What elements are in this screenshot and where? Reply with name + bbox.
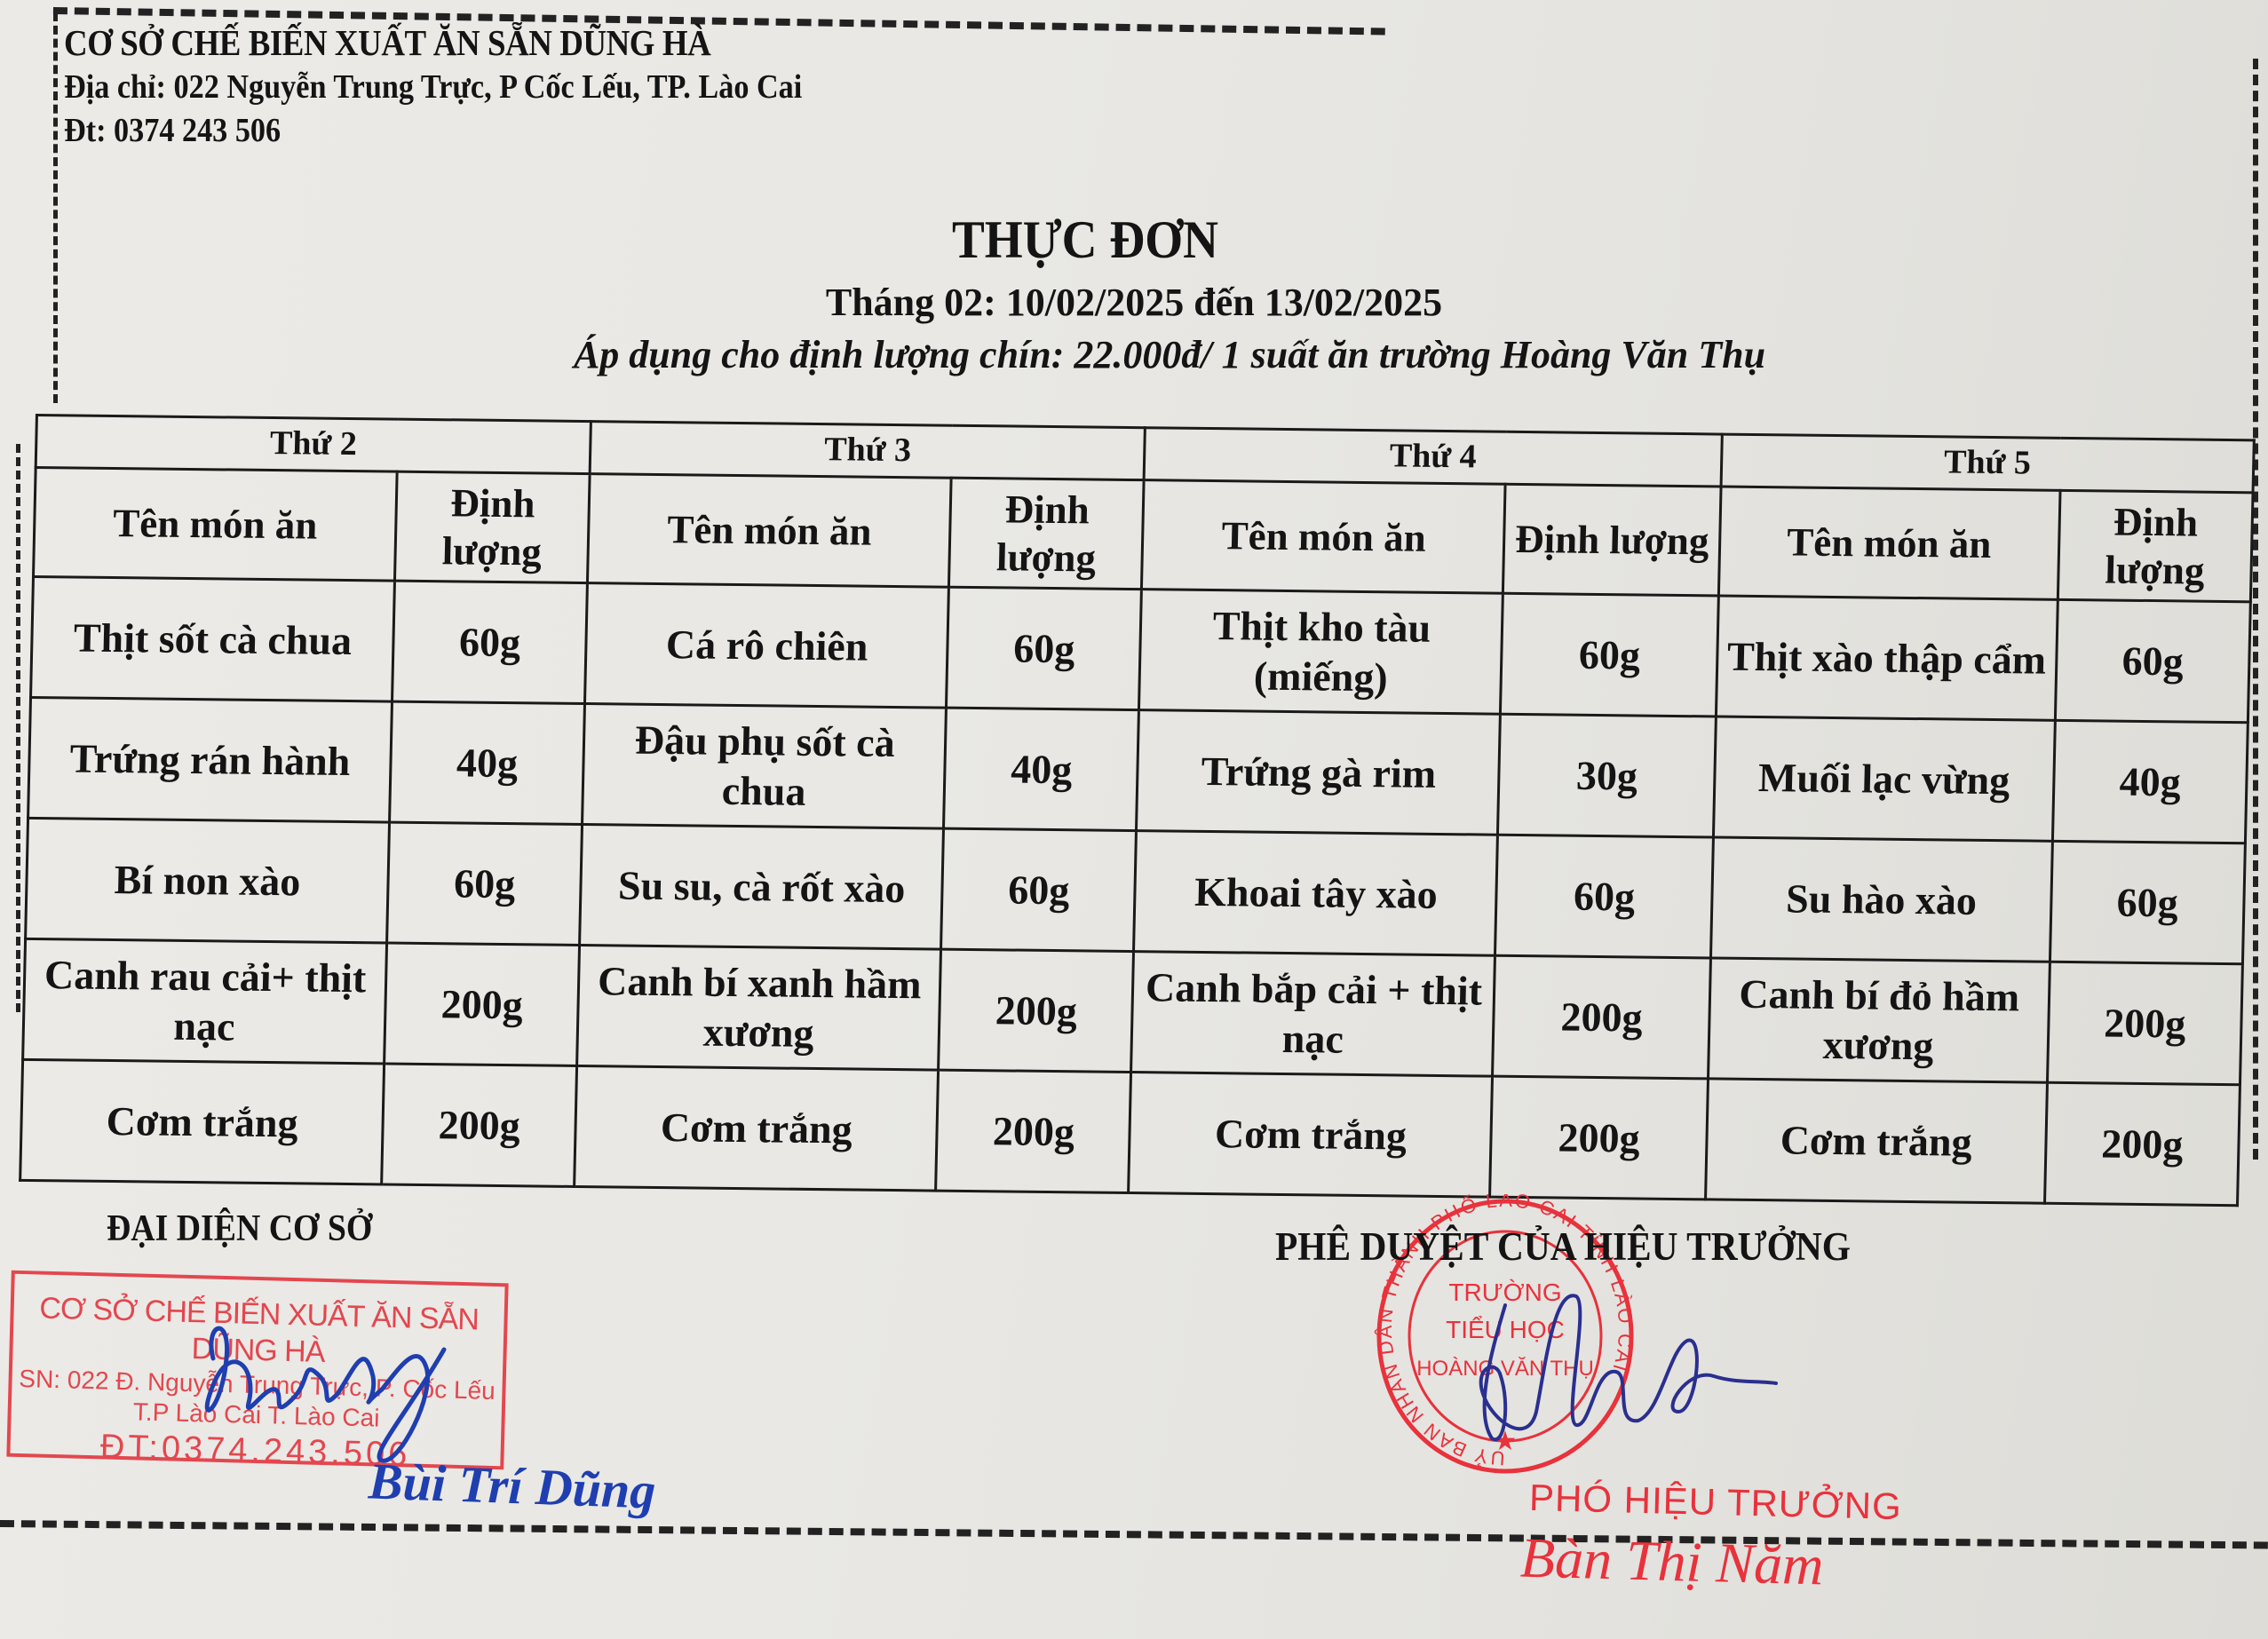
- dish-name-cell: Trứng rán hành: [28, 697, 393, 822]
- menu-document: CƠ SỞ CHẾ BIẾN XUẤT ĂN SẴN DŨNG HÀ Địa c…: [0, 0, 2268, 1639]
- dish-name-cell: Canh rau cải+ thịt nạc: [23, 938, 387, 1064]
- day-header: Thứ 5: [1721, 434, 2255, 493]
- quantity-cell: 200g: [936, 1070, 1131, 1192]
- menu-table: Thứ 2Thứ 3Thứ 4Thứ 5 Tên món ănĐịnh lượn…: [19, 414, 2256, 1207]
- menu-body: Thịt sốt cà chua60gCá rô chiên60gThịt kh…: [20, 576, 2251, 1205]
- quantity-cell: 200g: [1490, 1076, 1708, 1200]
- quantity-cell: 200g: [382, 1064, 577, 1186]
- quantity-cell: 60g: [2055, 599, 2250, 722]
- quantity-cell: 200g: [2047, 962, 2242, 1084]
- column-header-dish: Tên món ăn: [1142, 480, 1506, 594]
- quantity-cell: 60g: [387, 822, 583, 945]
- dish-name-cell: Canh bắp cải + thịt nạc: [1131, 952, 1495, 1077]
- dish-name-cell: Cơm trắng: [575, 1065, 939, 1191]
- dish-name-cell: Canh bí xanh hầm xương: [577, 945, 941, 1070]
- quantity-cell: 200g: [385, 943, 580, 1065]
- dish-name-cell: Khoai tây xào: [1134, 831, 1498, 956]
- dish-name-cell: Canh bí đỏ hầm xương: [1708, 958, 2050, 1082]
- supplier-representative-title: ĐẠI DIỆN CƠ SỞ: [107, 1207, 372, 1250]
- dish-name-cell: Thịt sốt cà chua: [31, 576, 395, 701]
- column-header-quantity: Định lượng: [2058, 490, 2253, 601]
- supplier-signature-icon: [178, 1305, 497, 1465]
- dish-name-cell: Đậu phụ sốt cà chua: [583, 704, 947, 829]
- quantity-cell: 60g: [947, 587, 1142, 709]
- column-header-dish: Tên món ăn: [1718, 487, 2060, 599]
- column-header-quantity: Định lượng: [949, 478, 1145, 589]
- dish-name-cell: Bí non xào: [26, 818, 390, 943]
- dish-name-cell: Su su, cà rốt xào: [580, 825, 944, 950]
- principal-approval-title: PHÊ DUYỆT CỦA HIỆU TRƯỞNG: [1275, 1223, 1851, 1270]
- day-header: Thứ 2: [36, 416, 591, 474]
- dish-name-cell: Cá rô chiên: [585, 583, 949, 709]
- quantity-cell: 200g: [2044, 1082, 2240, 1205]
- principal-signature-icon: [1421, 1270, 1812, 1456]
- column-header-quantity: Định lượng: [1503, 484, 1721, 596]
- dish-name-cell: Cơm trắng: [1705, 1079, 2047, 1203]
- menu-table-wrapper: Thứ 2Thứ 3Thứ 4Thứ 5 Tên món ănĐịnh lượn…: [19, 414, 2256, 1207]
- vice-principal-stamp-title: PHÓ HIỆU TRƯỞNG: [1528, 1477, 1902, 1528]
- quantity-cell: 60g: [393, 581, 588, 703]
- column-header-dish: Tên món ăn: [588, 474, 952, 588]
- quantity-cell: 40g: [2052, 720, 2248, 843]
- column-header-quantity: Định lượng: [394, 471, 590, 582]
- dashed-border-bottom: [0, 1520, 2268, 1549]
- table-row: Cơm trắng200gCơm trắng200gCơm trắng200gC…: [20, 1059, 2240, 1205]
- quantity-cell: 200g: [1493, 955, 1710, 1079]
- dish-name-cell: Trứng gà rim: [1137, 710, 1501, 835]
- supplier-signer-name: Bùi Trí Dũng: [368, 1451, 657, 1520]
- quantity-cell: 30g: [1498, 714, 1716, 837]
- day-header: Thứ 3: [590, 422, 1145, 480]
- quantity-cell: 40g: [944, 708, 1139, 830]
- column-header-dish: Tên món ăn: [33, 468, 397, 582]
- quantity-cell: 60g: [2050, 841, 2245, 963]
- dish-name-cell: Cơm trắng: [1129, 1073, 1493, 1198]
- dish-name-cell: Muối lạc vừng: [1713, 717, 2055, 841]
- menu-note: Áp dụng cho định lượng chín: 22.000đ/ 1 …: [71, 332, 2268, 377]
- menu-period: Tháng 02: 10/02/2025 đến 13/02/2025: [0, 280, 2268, 325]
- supplier-name: CƠ SỞ CHẾ BIẾN XUẤT ĂN SẴN DŨNG HÀ: [64, 20, 802, 66]
- supplier-phone: Đt: 0374 243 506: [64, 109, 802, 153]
- quantity-cell: 60g: [1501, 593, 1718, 717]
- document-title-block: THỰC ĐƠN Tháng 02: 10/02/2025 đến 13/02/…: [0, 210, 2268, 377]
- day-header: Thứ 4: [1145, 428, 1722, 487]
- quantity-cell: 60g: [1495, 835, 1713, 958]
- vice-principal-name-stamp: Bàn Thị Năm: [1519, 1525, 1824, 1599]
- document-title: THỰC ĐƠN: [0, 210, 2173, 271]
- dish-name-cell: Cơm trắng: [20, 1059, 385, 1184]
- dish-name-cell: Su hào xào: [1710, 837, 2052, 962]
- dish-name-cell: Thịt xào thập cẩm: [1716, 596, 2058, 720]
- quantity-cell: 60g: [941, 828, 1137, 951]
- quantity-cell: 40g: [390, 701, 585, 824]
- supplier-header: CƠ SỞ CHẾ BIẾN XUẤT ĂN SẴN DŨNG HÀ Địa c…: [64, 20, 802, 153]
- supplier-address: Địa chỉ: 022 Nguyễn Trung Trực, P Cốc Lế…: [64, 66, 802, 109]
- dish-name-cell: Thịt kho tàu (miếng): [1139, 590, 1503, 715]
- quantity-cell: 200g: [939, 949, 1134, 1072]
- dashed-border-left-lower: [16, 444, 20, 1012]
